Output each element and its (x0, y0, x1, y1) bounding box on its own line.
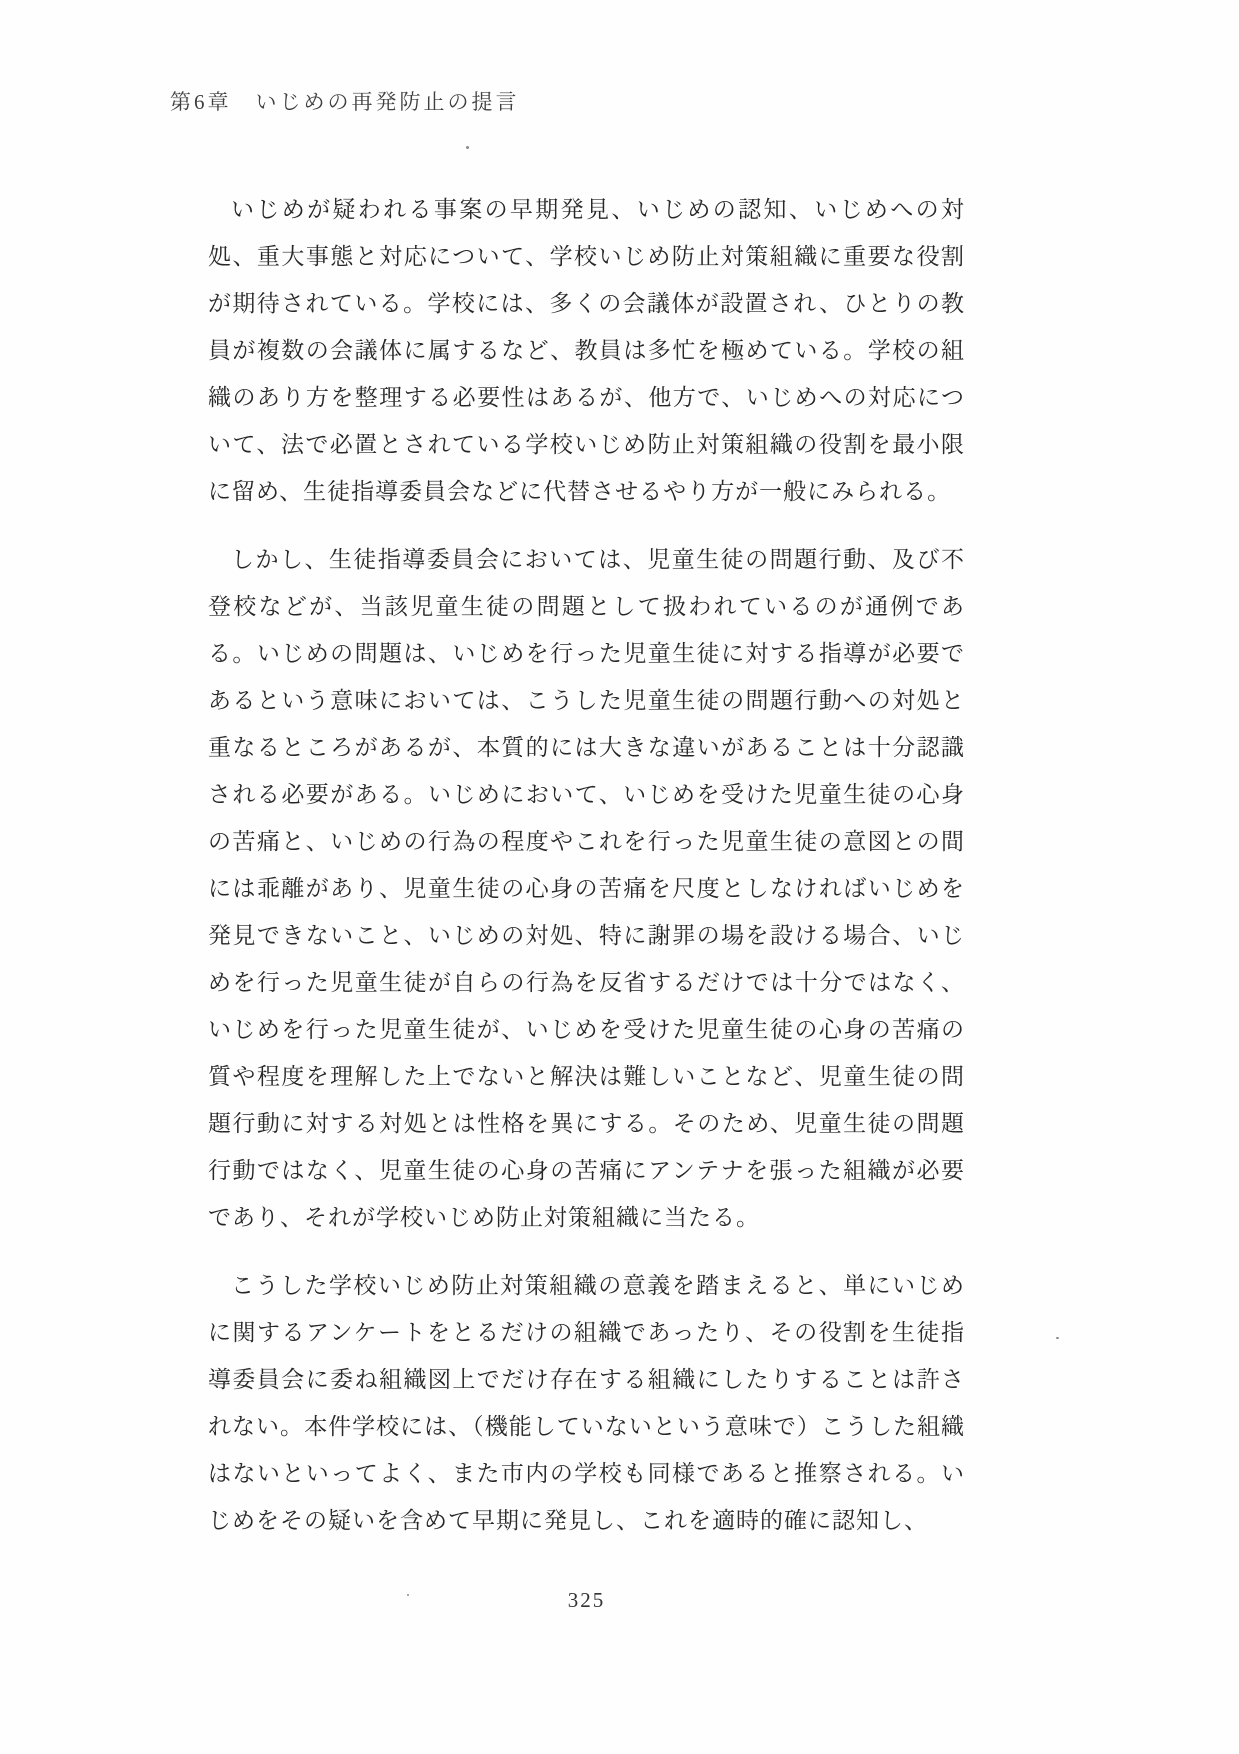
body-paragraph: いじめが疑われる事案の早期発見、いじめの認知、いじめへの対処、重大事態と対応につ… (208, 186, 965, 515)
document-page: 第6章 いじめの再発防止の提言 いじめが疑われる事案の早期発見、いじめの認知、い… (0, 0, 1239, 1754)
scan-speck (1056, 1337, 1059, 1339)
page-number: 325 (208, 1588, 965, 1613)
scan-speck (466, 146, 469, 149)
body-paragraph: しかし、生徒指導委員会においては、児童生徒の問題行動、及び不登校などが、当該児童… (208, 536, 965, 1241)
scan-speck (407, 1594, 409, 1596)
document-body: いじめが疑われる事案の早期発見、いじめの認知、いじめへの対処、重大事態と対応につ… (208, 186, 965, 1565)
chapter-header: 第6章 いじめの再発防止の提言 (170, 86, 520, 116)
body-paragraph: こうした学校いじめ防止対策組織の意義を踏まえると、単にいじめに関するアンケートを… (208, 1262, 965, 1544)
